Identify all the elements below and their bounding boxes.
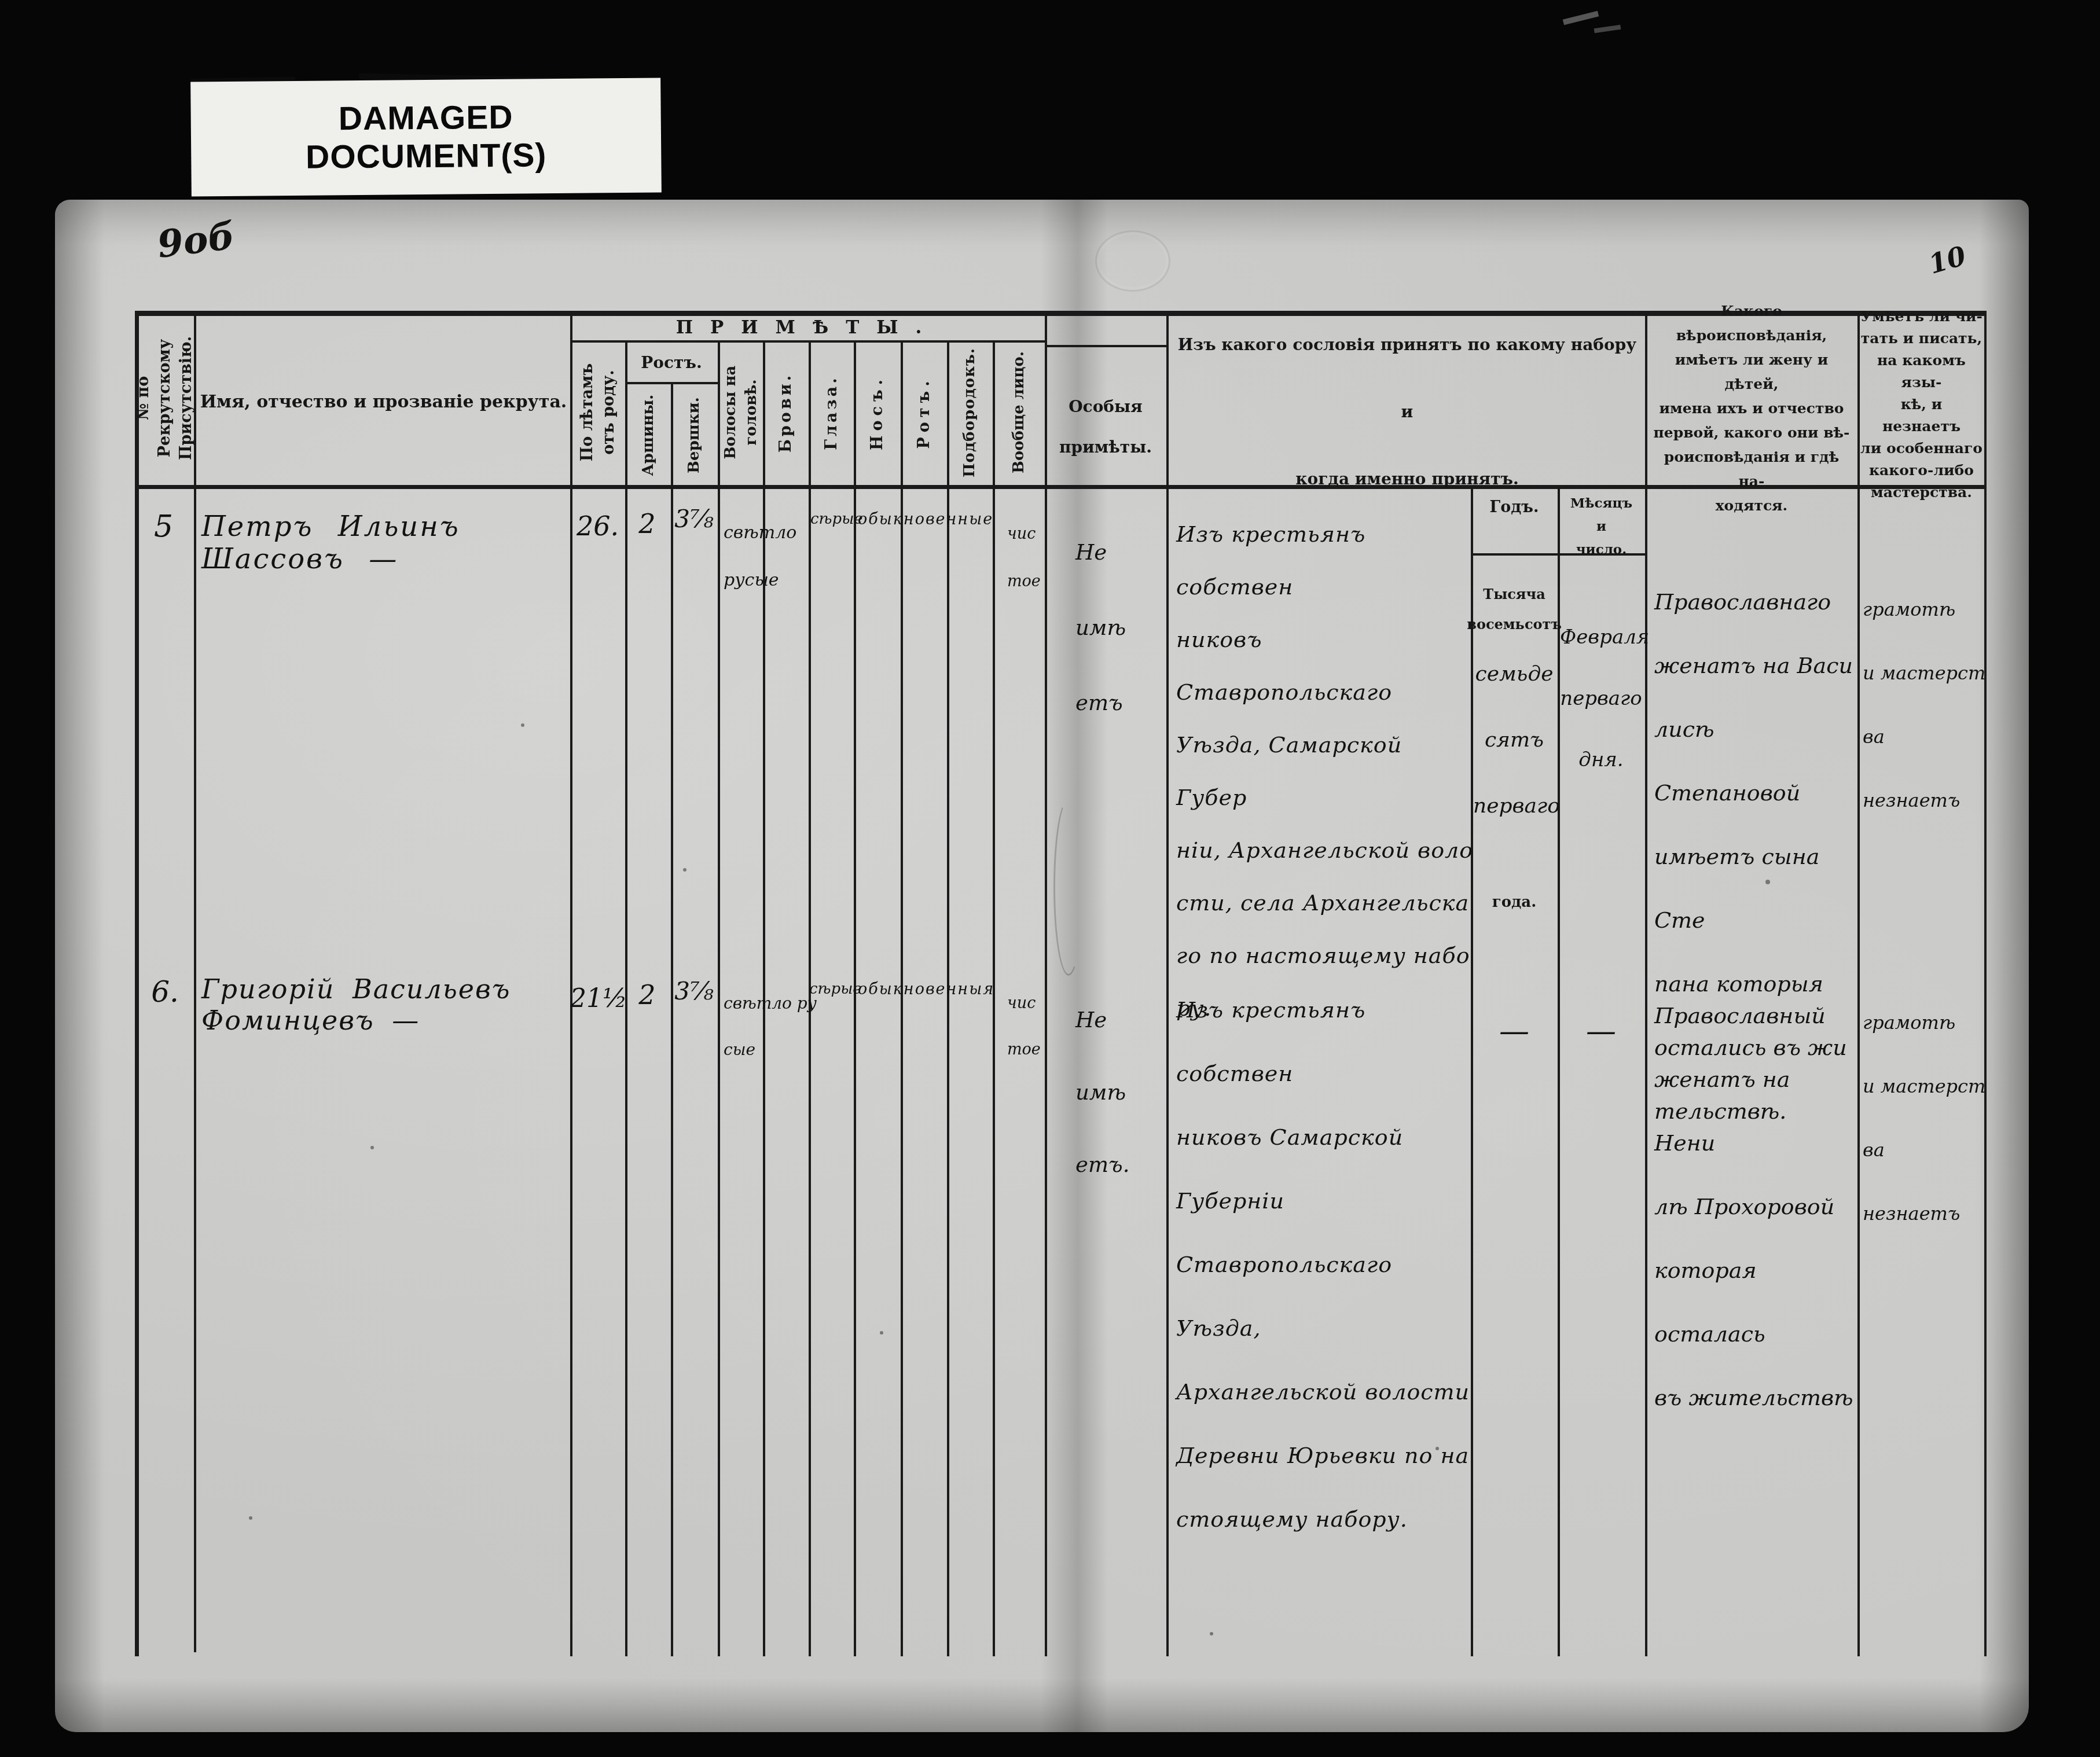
row6-special: Не имѣ етъ. bbox=[1075, 984, 1162, 1201]
row5-vershki: 3⅞ bbox=[671, 505, 717, 533]
scanned-document-page: DAMAGED DOCUMENT(S) 9об 10 ПРИМѢТЫ. Имя,… bbox=[0, 0, 2100, 1757]
paper-speck bbox=[683, 868, 686, 872]
row5-estate: Изъ крестьянъ собствен никовъ Ставрополь… bbox=[1176, 508, 1477, 1035]
row6-name: Григорій Васильевъ Фоминцевъ — bbox=[201, 973, 578, 1036]
header-mouth: Ротъ. bbox=[906, 343, 941, 482]
embossed-stamp bbox=[1095, 230, 1170, 292]
film-scratch bbox=[1563, 11, 1599, 25]
row6-month-dash: — bbox=[1560, 1014, 1642, 1049]
primety-underline bbox=[570, 340, 1045, 343]
row6-literacy: грамотѣ и мастерст ва незнаетъ bbox=[1863, 991, 1987, 1245]
header-special: Особыя примѣты. bbox=[1047, 376, 1165, 478]
film-scratch bbox=[1594, 25, 1621, 33]
row5-face: чис тое bbox=[1007, 510, 1048, 605]
col-line-arshins bbox=[671, 383, 673, 1656]
header-height: Ростъ. bbox=[625, 347, 718, 377]
row6-eyes: сѣрые bbox=[809, 980, 864, 998]
col-line-chin bbox=[993, 341, 995, 1656]
row5-name: Петръ Ильинъ Шассовъ — bbox=[201, 510, 572, 575]
row6-estate: Изъ крестьянъ собствен никовъ Самарской … bbox=[1176, 978, 1477, 1551]
col-line-mouth bbox=[947, 341, 949, 1656]
header-literacy: Умѣетъ ли чи- тать и писать, на какомъ я… bbox=[1860, 325, 1983, 484]
header-arshins: Аршины. bbox=[628, 386, 669, 484]
row5-special: Не имѣ етъ bbox=[1075, 515, 1162, 741]
header-primety: ПРИМѢТЫ. bbox=[570, 315, 1045, 340]
paper-speck bbox=[521, 723, 524, 727]
header-hair: Волосы на головѣ. bbox=[713, 343, 768, 482]
col-line-special bbox=[1166, 311, 1169, 1656]
header-chin: Подбородокъ. bbox=[952, 343, 987, 482]
row6-hair: свѣтло ру сые bbox=[724, 980, 822, 1073]
damaged-document-label: DAMAGED DOCUMENT(S) bbox=[190, 78, 662, 196]
col-line-vershki bbox=[718, 341, 720, 1656]
row6-number: 6. bbox=[139, 975, 191, 1009]
paper-speck bbox=[1210, 1632, 1213, 1635]
col-line-nose bbox=[901, 341, 903, 1656]
paper-speck bbox=[370, 1146, 374, 1149]
header-year: Годъ. bbox=[1472, 495, 1556, 519]
header-month: Мѣсяцъ и число. bbox=[1559, 491, 1644, 563]
row6-year-dash: — bbox=[1473, 1014, 1555, 1049]
row5-arshins: 2 bbox=[626, 508, 668, 539]
year-printed-goda: года. bbox=[1472, 890, 1556, 914]
table-right-border bbox=[1984, 311, 1987, 1656]
row5-age: 26. bbox=[573, 510, 622, 542]
header-vershki: Вершки. bbox=[674, 386, 714, 484]
row5-literacy: грамотѣ и мастерст ва незнаетъ bbox=[1863, 578, 1987, 832]
col-line-religion-right bbox=[1857, 311, 1860, 1656]
header-nose: Носъ. bbox=[860, 343, 894, 482]
col-line-number bbox=[194, 311, 196, 1652]
row6-religion: Православный женатъ на Нени лѣ Прохорово… bbox=[1654, 984, 1854, 1429]
header-religion: Какого вѣроисповѣданія, имѣетъ ли жену и… bbox=[1650, 336, 1853, 481]
row5-hair: свѣтло русые bbox=[724, 509, 822, 604]
header-estate: Изъ какого сословія принятъ по какому на… bbox=[1172, 352, 1642, 472]
paper-speck bbox=[1436, 1447, 1439, 1450]
row6-features: обыкновенныя bbox=[858, 980, 1008, 998]
table-left-border bbox=[135, 311, 139, 1656]
row6-arshins: 2 bbox=[626, 979, 668, 1010]
col-line-eyes bbox=[854, 341, 856, 1656]
header-name: Имя, отчество и прозваніе рекрута. bbox=[200, 377, 567, 426]
header-number: № по Рекрутскому Присутствію. bbox=[135, 314, 193, 482]
row5-month: Февраля перваго дня. bbox=[1560, 607, 1642, 791]
row5-year: семьде сятъ перваго bbox=[1473, 641, 1555, 839]
gutter-crease bbox=[1053, 799, 1084, 976]
row6-face: чис тое bbox=[1007, 980, 1048, 1073]
row5-number: 5 bbox=[139, 509, 188, 544]
col-line-estate-right bbox=[1645, 311, 1647, 1656]
paper-speck bbox=[249, 1516, 252, 1520]
row6-vershki: 3⅞ bbox=[671, 977, 717, 1005]
header-face: Вообще лицо. bbox=[991, 343, 1046, 482]
special-cell-topline bbox=[1045, 345, 1166, 347]
header-eyes: Глаза. bbox=[814, 343, 849, 482]
paper-speck bbox=[880, 1331, 883, 1335]
paper-speck bbox=[1765, 880, 1770, 884]
year-printed-thousand: Тысяча восемьсотъ bbox=[1472, 578, 1556, 641]
row5-eyes: сѣрые bbox=[810, 510, 865, 528]
header-brows: Брови. bbox=[768, 343, 803, 482]
header-age: По лѣтамъ отъ роду. bbox=[570, 343, 625, 482]
row6-age: 21½ bbox=[570, 984, 625, 1013]
row5-features: обыкновенные bbox=[858, 510, 1008, 528]
